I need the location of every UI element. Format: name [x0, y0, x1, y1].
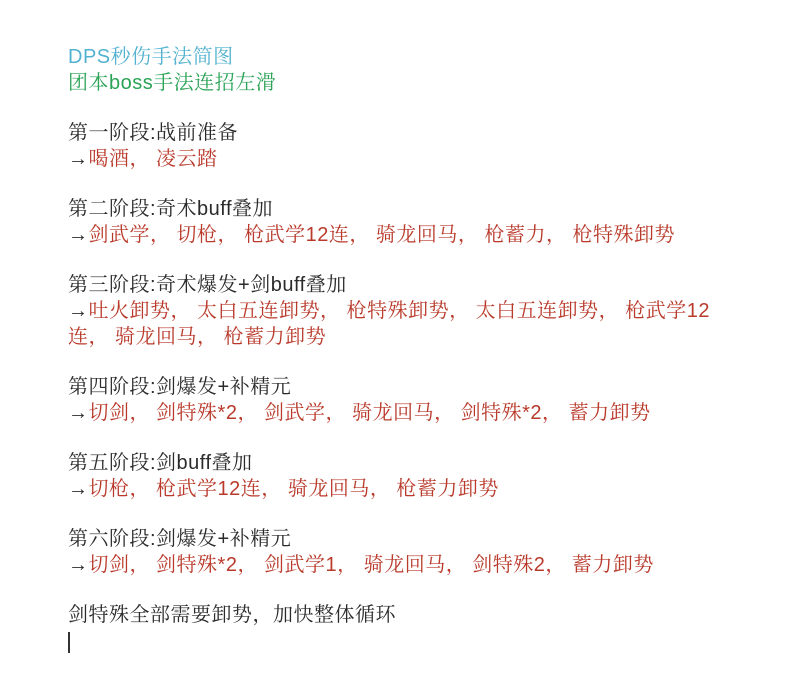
stage-3-combo-text: 吐火卸势， 太白五连卸势， 枪特殊卸势， 太白五连卸势， 枪武学12连， 骑龙回… — [68, 300, 710, 348]
title-block: DPS秒伤手法简图 团本boss手法连招左滑 — [68, 44, 742, 96]
text-editor-surface[interactable]: DPS秒伤手法简图 团本boss手法连招左滑 第一阶段:战前准备 →喝酒， 凌云… — [0, 0, 800, 677]
text-caret — [68, 632, 70, 653]
doc-title: DPS秒伤手法简图 — [68, 44, 742, 70]
stage-block-6: 第六阶段:剑爆发+补精元 →切剑， 剑特殊*2， 剑武学1， 骑龙回马， 剑特殊… — [68, 526, 742, 578]
stage-5-combo: →切枪， 枪武学12连， 骑龙回马， 枪蓄力卸势 — [68, 476, 742, 502]
stage-6-heading: 第六阶段:剑爆发+补精元 — [68, 526, 742, 552]
stage-2-heading: 第二阶段:奇术buff叠加 — [68, 196, 742, 222]
stage-3-heading: 第三阶段:奇术爆发+剑buff叠加 — [68, 272, 742, 298]
stage-6-combo: →切剑， 剑特殊*2， 剑武学1， 骑龙回马， 剑特殊2， 蓄力卸势 — [68, 552, 742, 578]
stage-4-heading: 第四阶段:剑爆发+补精元 — [68, 374, 742, 400]
stage-block-2: 第二阶段:奇术buff叠加 →剑武学， 切枪， 枪武学12连， 骑龙回马， 枪蓄… — [68, 196, 742, 248]
arrow-glyph: → — [68, 148, 89, 170]
doc-subtitle: 团本boss手法连招左滑 — [68, 70, 742, 96]
stage-1-heading: 第一阶段:战前准备 — [68, 120, 742, 146]
stage-5-heading: 第五阶段:剑buff叠加 — [68, 450, 742, 476]
stage-5-combo-text: 切枪， 枪武学12连， 骑龙回马， 枪蓄力卸势 — [89, 478, 499, 500]
arrow-glyph: → — [68, 224, 89, 246]
stage-block-3: 第三阶段:奇术爆发+剑buff叠加 →吐火卸势， 太白五连卸势， 枪特殊卸势， … — [68, 272, 742, 350]
stage-4-combo-text: 切剑， 剑特殊*2， 剑武学， 骑龙回马， 剑特殊*2， 蓄力卸势 — [89, 402, 651, 424]
stage-1-combo-text: 喝酒， 凌云踏 — [89, 148, 218, 170]
stage-block-5: 第五阶段:剑buff叠加 →切枪， 枪武学12连， 骑龙回马， 枪蓄力卸势 — [68, 450, 742, 502]
arrow-glyph: → — [68, 554, 89, 576]
arrow-glyph: → — [68, 402, 89, 424]
stage-2-combo: →剑武学， 切枪， 枪武学12连， 骑龙回马， 枪蓄力， 枪特殊卸势 — [68, 222, 742, 248]
stage-6-combo-text: 切剑， 剑特殊*2， 剑武学1， 骑龙回马， 剑特殊2， 蓄力卸势 — [89, 554, 654, 576]
stage-block-1: 第一阶段:战前准备 →喝酒， 凌云踏 — [68, 120, 742, 172]
stage-1-combo: →喝酒， 凌云踏 — [68, 146, 742, 172]
footer-note: 剑特殊全部需要卸势，加快整体循环 — [68, 602, 742, 628]
stage-block-4: 第四阶段:剑爆发+补精元 →切剑， 剑特殊*2， 剑武学， 骑龙回马， 剑特殊*… — [68, 374, 742, 426]
arrow-glyph: → — [68, 300, 89, 322]
arrow-glyph: → — [68, 478, 89, 500]
stage-4-combo: →切剑， 剑特殊*2， 剑武学， 骑龙回马， 剑特殊*2， 蓄力卸势 — [68, 400, 742, 426]
stage-2-combo-text: 剑武学， 切枪， 枪武学12连， 骑龙回马， 枪蓄力， 枪特殊卸势 — [89, 224, 676, 246]
caret-line — [68, 628, 742, 654]
stage-3-combo: →吐火卸势， 太白五连卸势， 枪特殊卸势， 太白五连卸势， 枪武学12连， 骑龙… — [68, 298, 742, 350]
